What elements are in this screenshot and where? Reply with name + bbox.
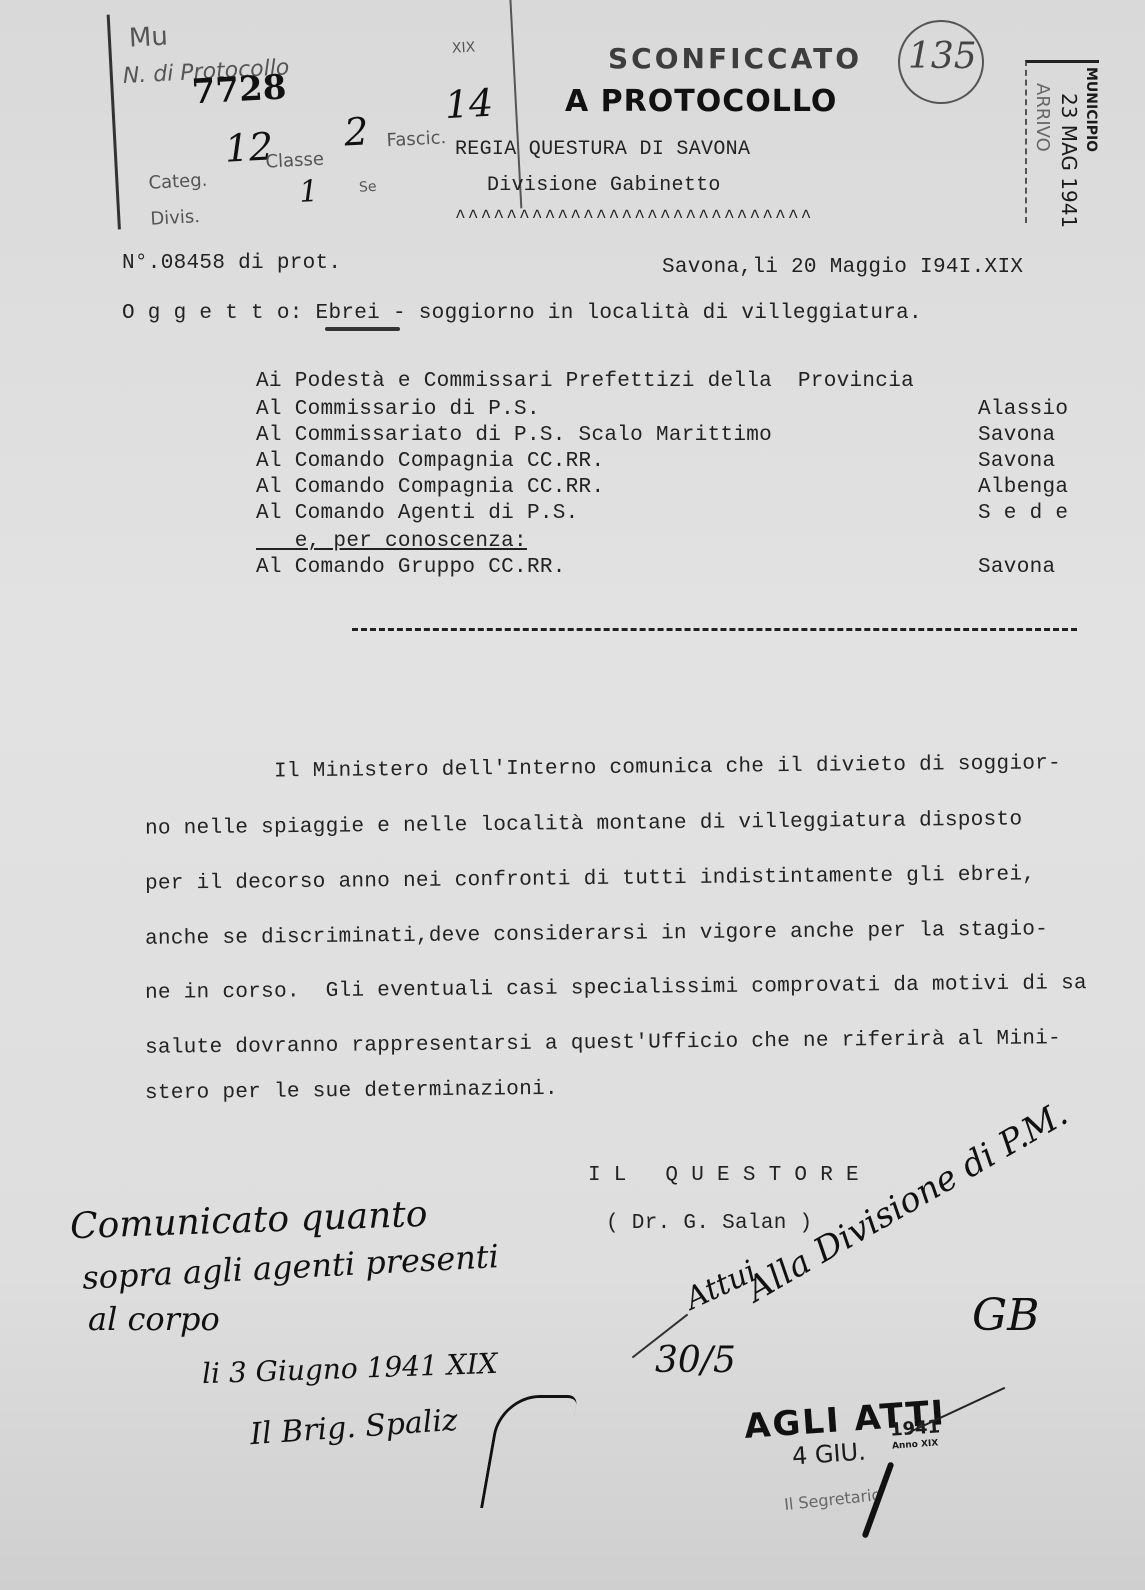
protocol-stamp: Mu N. di Protocollo 7728 XIX Categ. 12 C… xyxy=(107,0,523,229)
recipient-name: e, per conoscenza: xyxy=(256,530,527,553)
recipient-name: Al Commissariato di P.S. Scalo Marittimo xyxy=(256,424,772,447)
signature-name: ( Dr. G. Salan ) xyxy=(606,1212,812,1235)
recipient-place: Savona xyxy=(978,450,1055,473)
recipient-place: Savona xyxy=(978,556,1055,579)
body-line: Il Ministero dell'Interno comunica che i… xyxy=(145,752,1061,785)
recipient-place: Savona xyxy=(978,424,1055,447)
recipient-place: Alassio xyxy=(978,398,1068,421)
municipio-stamp-line3: ARRIVO xyxy=(1032,83,1053,152)
handwritten-note-signature: Il Brig. Spaliz xyxy=(249,1403,459,1452)
handwritten-note-date: li 3 Giugno 1941 XIX xyxy=(202,1347,499,1390)
body-line: stero per le sue determinazioni. xyxy=(145,1078,558,1105)
subject-label: O g g e t t o: xyxy=(122,302,303,325)
protocol-reference: N°.08458 di prot. xyxy=(122,252,341,275)
protocol-number: 7728 xyxy=(191,67,288,112)
signature-title: I L Q U E S T O R E xyxy=(588,1164,859,1187)
stamp-fascic-value: 14 xyxy=(444,81,495,127)
body-line: ne in corso. Gli eventuali casi speciali… xyxy=(145,972,1087,1005)
handwritten-note-line2: sopra agli agenti presenti xyxy=(81,1237,499,1297)
stamp-header-fragment: Mu xyxy=(128,22,168,54)
letterhead-rule: ^^^^^^^^^^^^^^^^^^^^^^^^^^^^ xyxy=(455,208,813,228)
municipio-stamp-line1: MUNICIPIO xyxy=(1083,67,1099,152)
stamp-classe-value: 2 xyxy=(343,109,369,154)
subject-keyword: Ebrei xyxy=(316,302,381,325)
body-line: salute dovranno rappresentarsi a quest'U… xyxy=(145,1027,1061,1060)
stamp-divis-value: 1 xyxy=(298,174,319,210)
handwritten-routing-initials: GB xyxy=(972,1290,1039,1341)
agli-atti-stamp-era: Anno XIX xyxy=(892,1438,939,1451)
letterhead-office: REGIA QUESTURA DI SAVONA xyxy=(455,138,750,161)
handwritten-note-line3: al corpo xyxy=(88,1300,220,1338)
sconficcato-stamp-line1: SCONFICCATO xyxy=(608,42,862,75)
folio-number: 135 xyxy=(908,36,977,77)
handwritten-note-line1: Comunicato quanto xyxy=(69,1194,428,1247)
handwritten-routing-date: 30/5 xyxy=(655,1340,736,1381)
municipio-stamp: MUNICIPIO 23 MAG 1941 ARRIVO xyxy=(1025,60,1099,223)
separator-rule xyxy=(352,628,1077,631)
place-date: Savona,li 20 Maggio I94I.XIX xyxy=(662,256,1023,279)
body-line: per il decorso anno nei confronti di tut… xyxy=(145,863,1035,895)
handwritten-signature-scribble xyxy=(480,1395,578,1508)
recipient-place: S e d e xyxy=(978,502,1068,525)
subject-keyword-underline xyxy=(325,327,400,331)
stamp-year-fragment: XIX xyxy=(451,40,475,57)
agli-atti-stamp-date: 4 GIU. xyxy=(791,1437,867,1470)
handwritten-routing-text: Alla Divisione di P.M. xyxy=(740,1094,1074,1310)
stamp-label-categ: Categ. xyxy=(148,170,208,194)
recipient-name: Al Comando Compagnia CC.RR. xyxy=(256,476,604,499)
recipient-name: Al Commissario di P.S. xyxy=(256,398,540,421)
recipient-name: Al Comando Agenti di P.S. xyxy=(256,502,579,525)
recipient-name: Al Comando Gruppo CC.RR. xyxy=(256,556,566,579)
body-line: no nelle spiaggie e nelle località monta… xyxy=(145,808,1023,840)
municipio-stamp-date: 23 MAG 1941 xyxy=(1057,93,1081,228)
recipient-name: Al Comando Compagnia CC.RR. xyxy=(256,450,604,473)
stamp-label-divis: Divis. xyxy=(150,206,201,230)
document-page: Mu N. di Protocollo 7728 XIX Categ. 12 C… xyxy=(0,0,1145,1590)
stamp-label-classe: Classe xyxy=(265,149,324,173)
subject-line: O g g e t t o: Ebrei - soggiorno in loca… xyxy=(122,302,922,325)
agli-atti-stamp-footer: Il Segretario xyxy=(783,1485,882,1514)
recipient-place: Albenga xyxy=(978,476,1068,499)
body-line: anche se discriminati,deve considerarsi … xyxy=(145,918,1048,950)
subject-text: - soggiorno in località di villeggiatura… xyxy=(380,302,922,325)
stamp-label-fascic: Fascic. xyxy=(386,127,447,151)
stamp-label-sez: Se xyxy=(359,179,377,196)
recipient-name: Ai Podestà e Commissari Prefettizi della… xyxy=(256,370,914,393)
letterhead-division: Divisione Gabinetto xyxy=(487,174,721,197)
sconficcato-stamp-line2: A PROTOCOLLO xyxy=(565,84,837,119)
